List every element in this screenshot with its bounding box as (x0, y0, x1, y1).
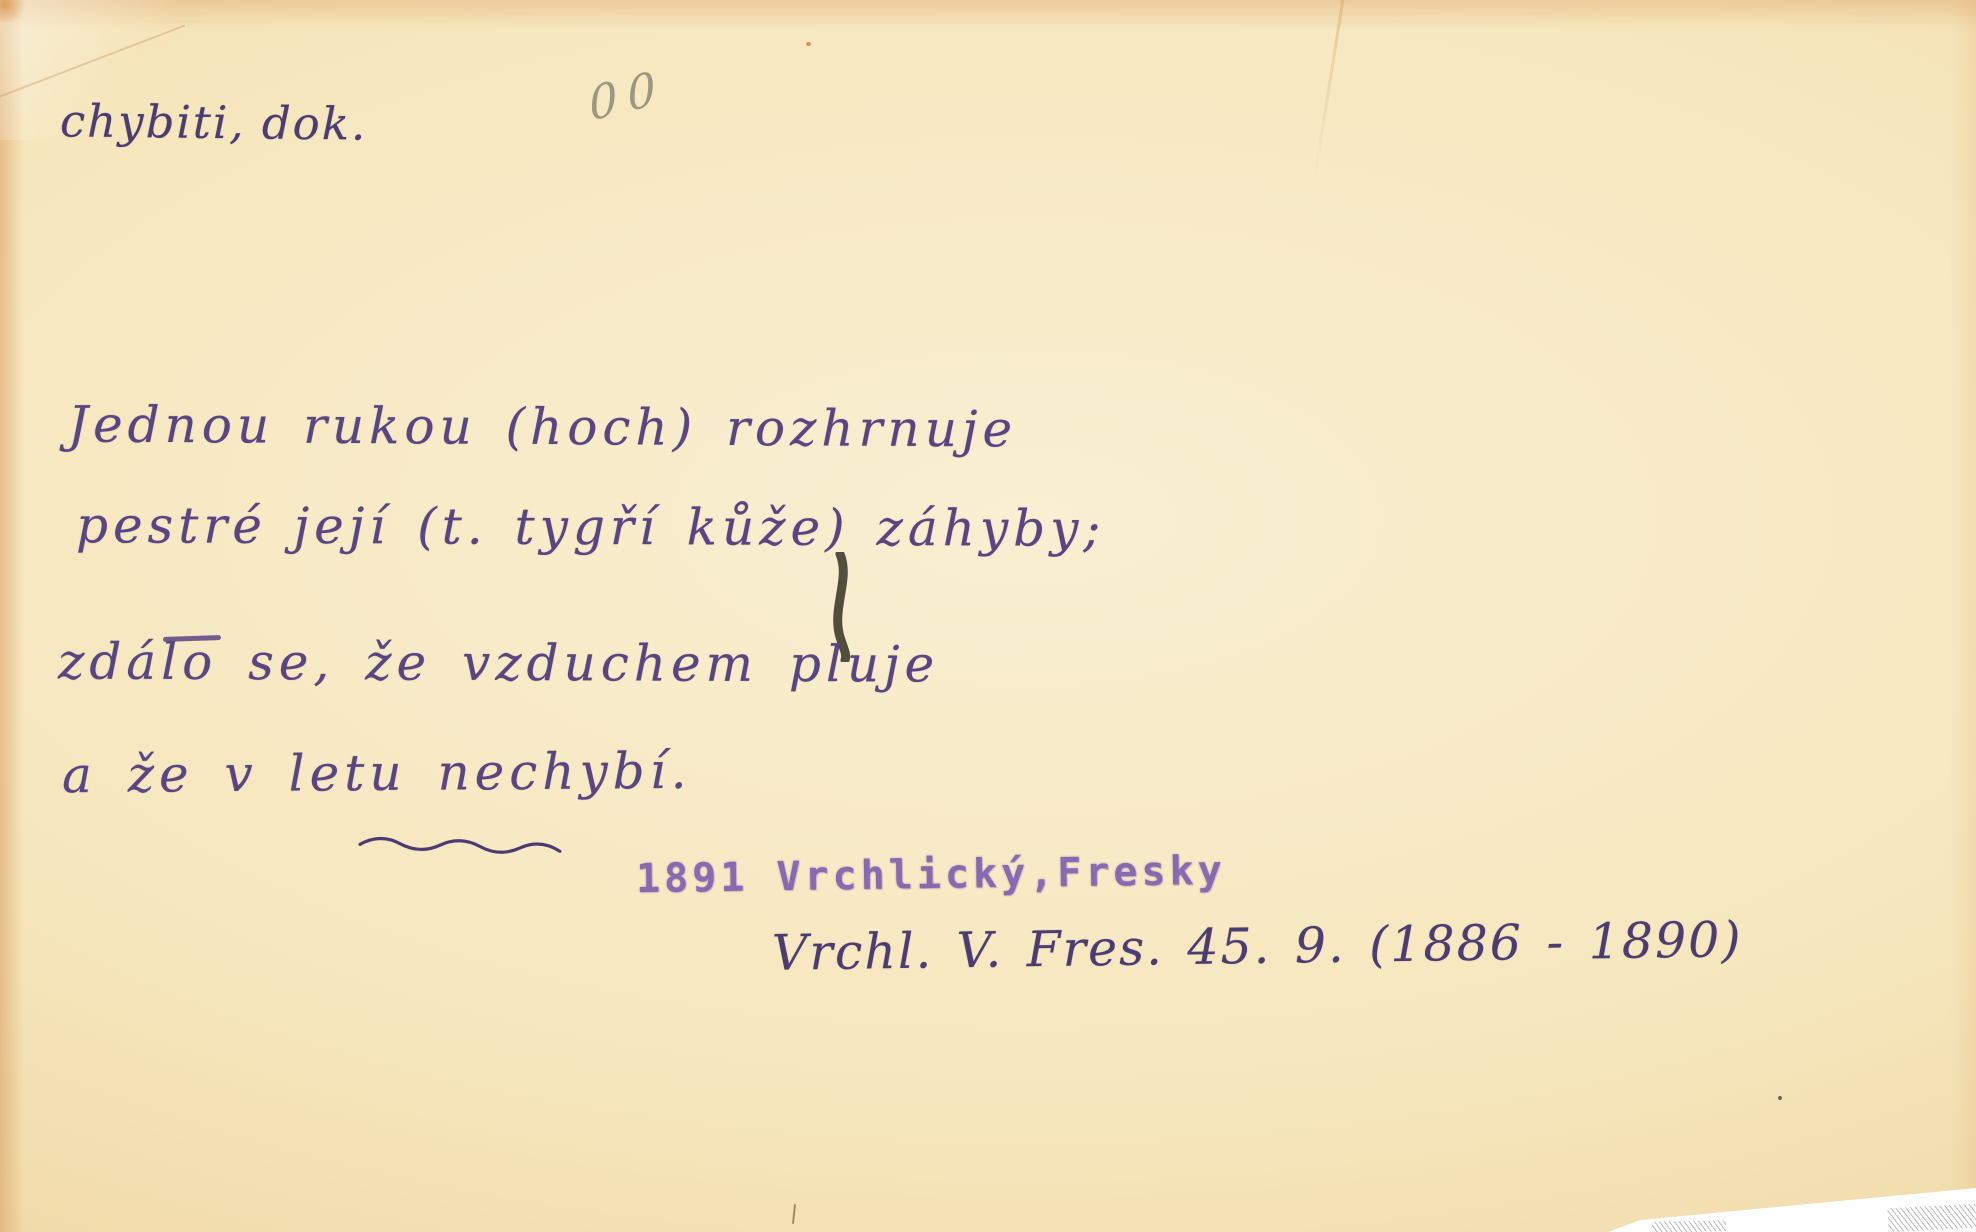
quote-line-4-prefix: a že v letu (62, 744, 438, 805)
stamp-text: 1891 Vrchlický,Fresky (636, 848, 1226, 902)
corner-stain (0, 0, 26, 22)
fold-crease-line (0, 24, 185, 101)
paper-fiber (792, 1204, 796, 1224)
headword-text: chybiti, dok. (60, 94, 368, 150)
scanner-background-wedge (0, 0, 1976, 1232)
paper-speck (1778, 1096, 1782, 1100)
scan-hatch-texture (1887, 1204, 1976, 1232)
quote-line-2: pestré její (t. tygří kůže) záhyby; (76, 496, 1105, 558)
quote-line-4-underlined-word: nechybí. (437, 742, 692, 802)
quote-line-3: zdálo se, že vzduchem pluje (58, 632, 939, 693)
quote-line-4: a že v letu nechybí. (62, 742, 692, 804)
scan-hatch-texture (1652, 1220, 1726, 1232)
index-card-scan: chybiti, dok. 00 Jednou rukou (hoch) roz… (0, 0, 1976, 1232)
quote-line-1: Jednou rukou (hoch) rozhrnuje (68, 396, 1017, 459)
pencil-mark: 00 (586, 58, 668, 131)
source-citation: Vrchl. V. Fres. 45. 9. (1886 - 1890) (772, 911, 1743, 982)
paper-speck (806, 42, 811, 46)
crease-line (1314, 0, 1346, 176)
hand-wavy-underline (358, 832, 574, 861)
